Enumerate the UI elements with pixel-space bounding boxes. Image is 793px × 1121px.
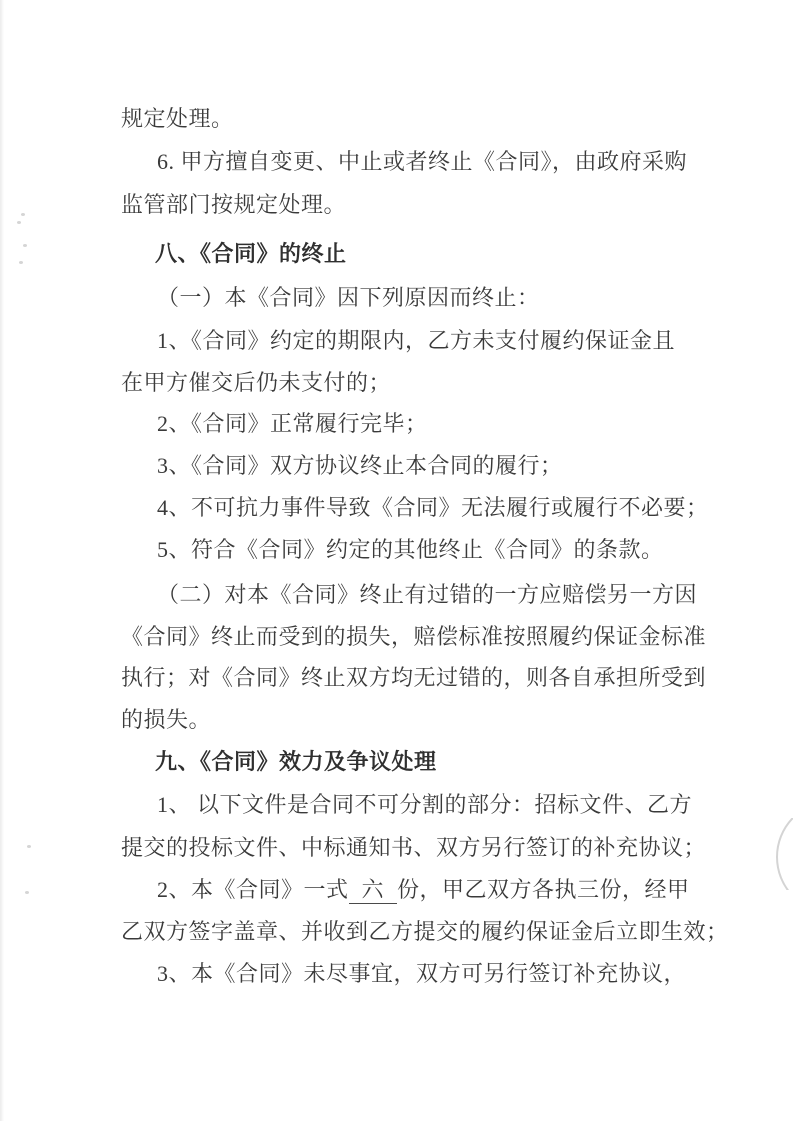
text-line: 执行；对《合同》终止双方均无过错的，则各自承担所受到	[121, 663, 706, 693]
scan-speck	[21, 213, 25, 216]
text-line: 5、符合《合同》约定的其他终止《合同》的条款。	[157, 535, 664, 565]
blank-line-before: 2、本《合同》一式	[157, 877, 349, 902]
scan-speck	[23, 244, 27, 247]
scan-edge-shadow	[0, 0, 4, 1121]
text-line: 3、《合同》双方协议终止本合同的履行；	[157, 451, 563, 481]
text-line: 的损失。	[121, 705, 211, 735]
scan-speck	[27, 845, 31, 848]
text-line: 《合同》终止而受到的损失，赔偿标准按照履约保证金标准	[121, 622, 706, 652]
text-line-with-blank: 2、本《合同》一式六份，甲乙双方各执三份，经甲	[157, 875, 690, 905]
blank-line-after: 份，甲乙双方各执三份，经甲	[397, 877, 690, 902]
scan-speck	[17, 221, 21, 224]
text-line: 6. 甲方擅自变更、中止或者终止《合同》，由政府采购	[157, 147, 687, 177]
section-heading-9: 九、《合同》效力及争议处理	[155, 747, 437, 777]
scan-speck	[25, 891, 29, 894]
text-line: 乙双方签字盖章、并收到乙方提交的履约保证金后立即生效；	[121, 917, 729, 947]
text-line: 1、《合同》约定的期限内，乙方未支付履约保证金且	[157, 326, 675, 356]
scanned-contract-page: 规定处理。 6. 甲方擅自变更、中止或者终止《合同》，由政府采购 监管部门按规定…	[0, 0, 793, 1121]
stamp-arc-circle	[776, 818, 793, 890]
text-line: 监管部门按规定处理。	[121, 190, 346, 220]
text-line: （二）对本《合同》终止有过错的一方应赔偿另一方因	[157, 580, 697, 610]
filled-blank-copies: 六	[349, 877, 398, 904]
text-line: 3、本《合同》未尽事宜，双方可另行签订补充协议，	[157, 959, 686, 989]
text-line: 提交的投标文件、中标通知书、双方另行签订的补充协议；	[121, 833, 706, 863]
text-line: 1、 以下文件是合同不可分割的部分：招标文件、乙方	[157, 790, 692, 820]
text-line: 4、不可抗力事件导致《合同》无法履行或履行不必要；	[157, 493, 709, 523]
text-line: 在甲方催交后仍未支付的；	[121, 368, 391, 398]
text-line: 规定处理。	[121, 104, 234, 134]
text-line: 2、《合同》正常履行完毕；	[157, 409, 428, 439]
section-heading-8: 八、《合同》的终止	[155, 239, 347, 269]
text-line: （一）本《合同》因下列原因而终止：	[157, 283, 540, 313]
stamp-arc-artifact	[770, 818, 793, 890]
scan-speck	[19, 261, 23, 264]
